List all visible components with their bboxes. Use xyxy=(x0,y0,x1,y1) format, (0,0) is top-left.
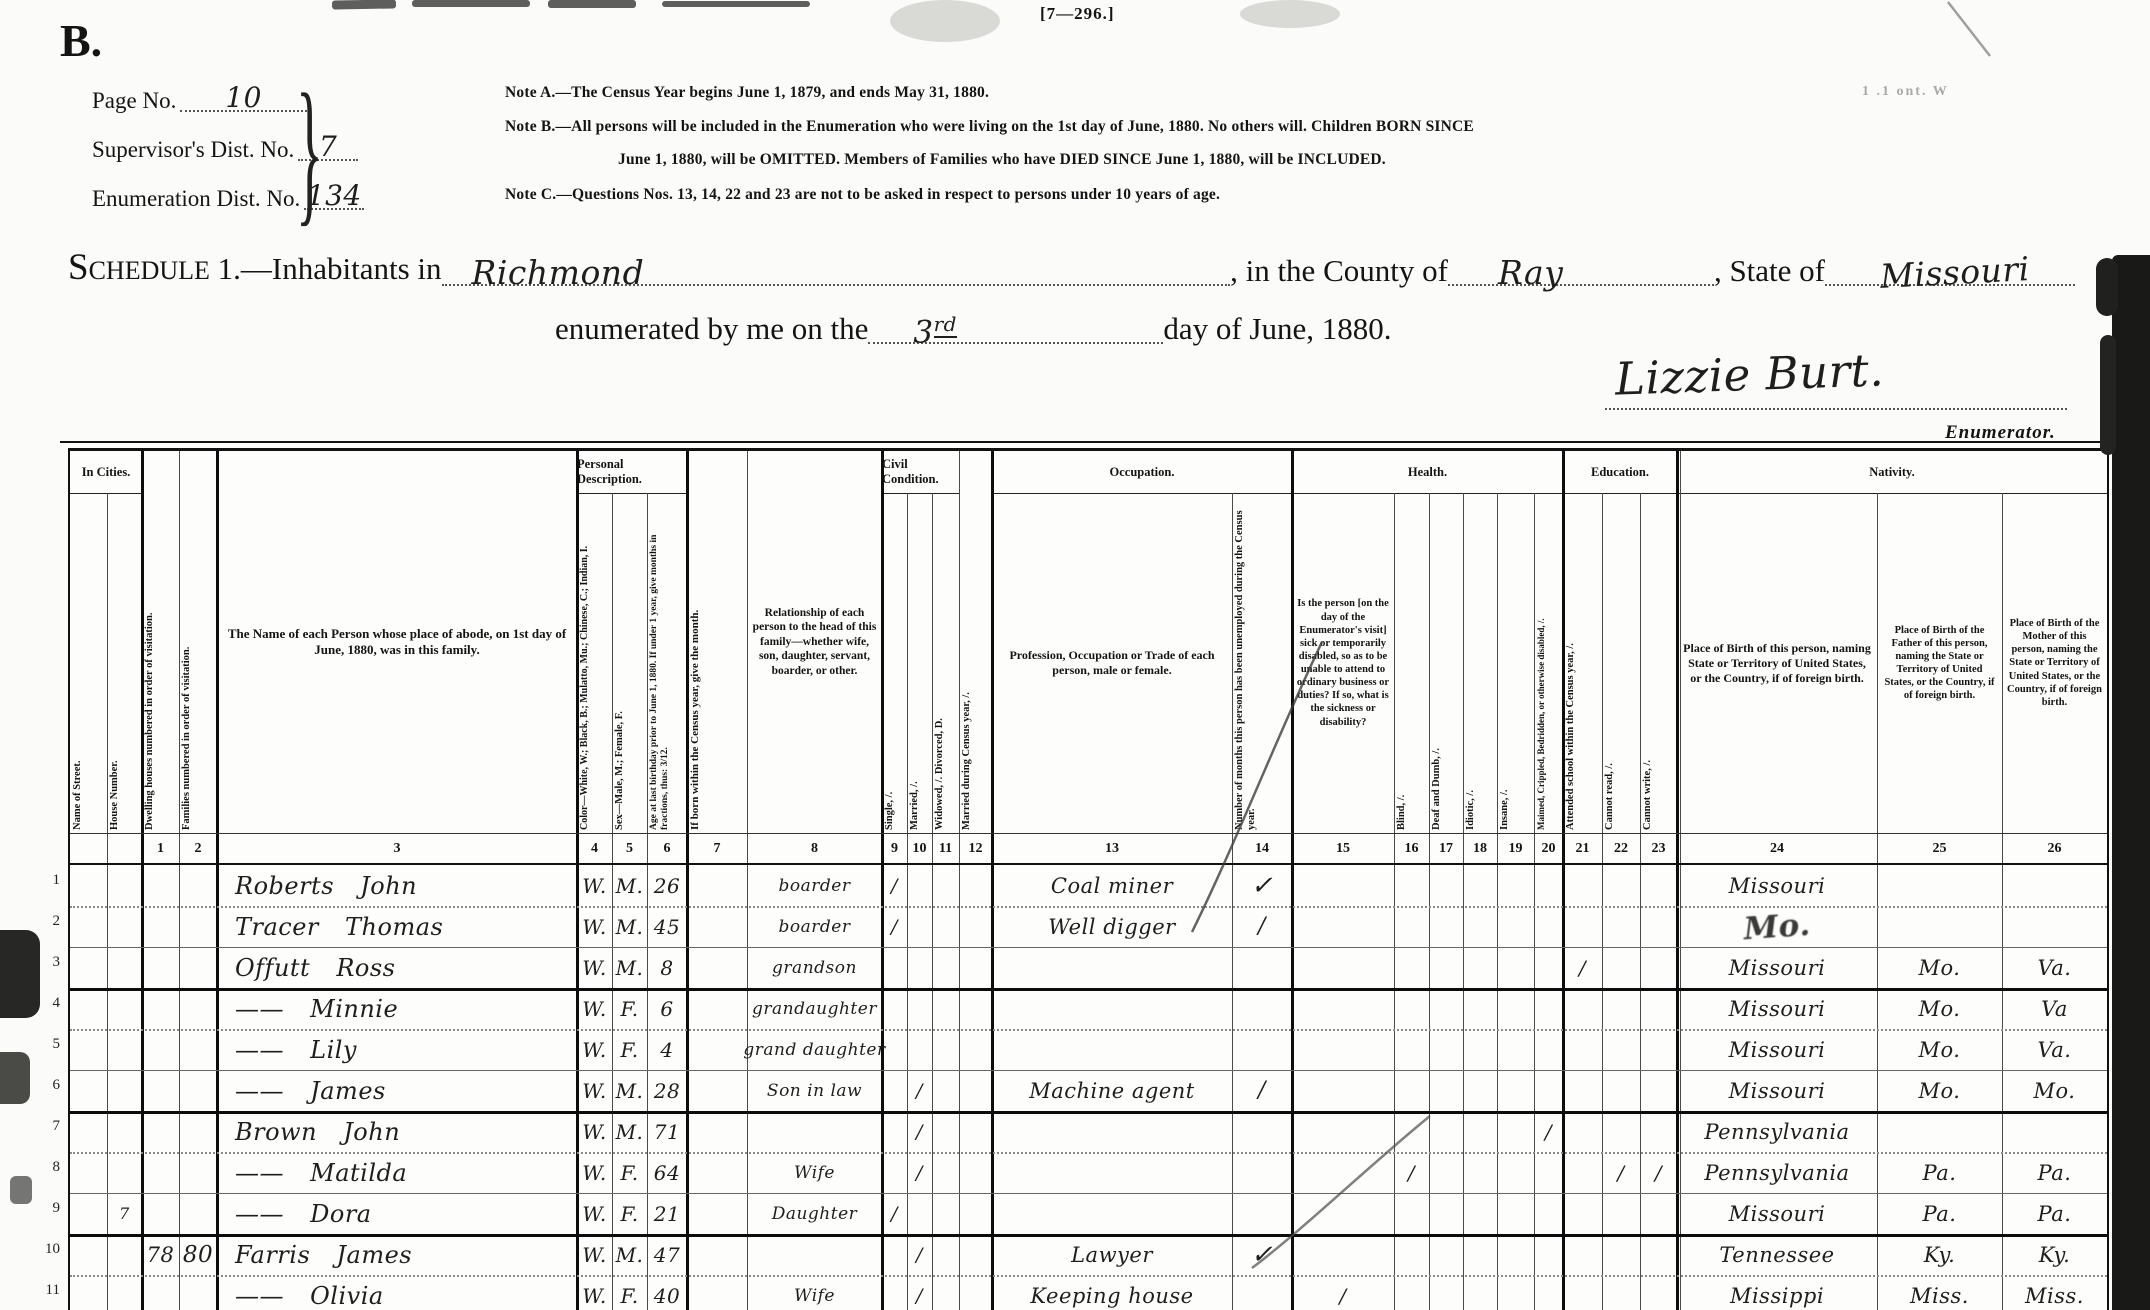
cell-row9-birth_mother: Pa. xyxy=(2002,1193,2107,1234)
cell-row11-birth_mother: Miss. xyxy=(2002,1275,2107,1310)
cell-row1-single: / xyxy=(882,865,907,906)
column-header-sick: Is the person [on the day of the Enumera… xyxy=(1292,493,1394,833)
column-number-birth_self: 24 xyxy=(1677,833,1877,865)
column-header-dwelling: Dwelling houses numbered in order of vis… xyxy=(142,451,179,833)
cell-row10-birth_father: Ky. xyxy=(1877,1234,2002,1275)
cell-row2-profession: Well digger xyxy=(992,906,1232,947)
cell-row10-name: Farris James xyxy=(217,1234,577,1275)
column-header-text: Dwelling houses numbered in order of vis… xyxy=(144,454,177,830)
cell-row8-sex: F. xyxy=(612,1152,647,1193)
cell-row5-birth_mother: Va. xyxy=(2002,1029,2107,1070)
cell-row8-married: / xyxy=(907,1152,932,1193)
column-number-street xyxy=(70,833,107,865)
cell-row1-birth_self: Missouri xyxy=(1677,865,1877,906)
group-header-civil: Civil Condition. xyxy=(882,451,959,494)
cell-row10-unemployed: ✓ xyxy=(1232,1234,1292,1275)
group-header-education: Education. xyxy=(1563,451,1677,494)
row-number: 1 xyxy=(26,872,60,889)
column-header-read: Cannot read, /. xyxy=(1602,493,1640,833)
row-number: 9 xyxy=(26,1200,60,1217)
column-header-family: Families numbered in order of visitation… xyxy=(179,451,217,833)
cell-row1-profession: Coal miner xyxy=(992,865,1232,906)
cell-row6-birth_mother: Mo. xyxy=(2002,1070,2107,1111)
cell-row1-unemployed: ✓ xyxy=(1232,865,1292,906)
cell-row9-sex: F. xyxy=(612,1193,647,1234)
cell-row2-age: 45 xyxy=(647,906,687,947)
column-number-unemployed: 14 xyxy=(1232,833,1292,865)
cell-row1-color: W. xyxy=(577,865,612,906)
cell-row6-married: / xyxy=(907,1070,932,1111)
column-header-text: Name of Street. xyxy=(72,496,105,830)
cell-row3-birth_father: Mo. xyxy=(1877,947,2002,988)
cell-row11-name: —— Olivia xyxy=(217,1275,577,1310)
cell-row6-profession: Machine agent xyxy=(992,1070,1232,1111)
cell-row7-age: 71 xyxy=(647,1111,687,1152)
cell-row5-age: 4 xyxy=(647,1029,687,1070)
scan-artifact xyxy=(10,1176,32,1204)
place-blank: Richmond xyxy=(442,240,1231,286)
column-header-text: Single, /. xyxy=(884,496,905,830)
column-number-read: 22 xyxy=(1602,833,1640,865)
column-header-text: Cannot read, /. xyxy=(1604,496,1638,830)
table-top-rule xyxy=(60,441,2107,443)
cell-row7-name: Brown John xyxy=(217,1111,577,1152)
column-header-text: Families numbered in order of visitation… xyxy=(181,454,215,830)
cell-row8-color: W. xyxy=(577,1152,612,1193)
cell-row4-birth_father: Mo. xyxy=(1877,988,2002,1029)
place-handwritten: Richmond xyxy=(472,253,645,292)
cell-row3-birth_self: Missouri xyxy=(1677,947,1877,988)
scan-artifact-smudge xyxy=(1240,0,1340,28)
column-header-sex: Sex—Male, M.; Female, F. xyxy=(612,493,647,833)
bleed-through-text: 1 .1 ont. W xyxy=(1862,84,1949,100)
cell-row8-write: / xyxy=(1640,1152,1677,1193)
cell-row2-sex: M. xyxy=(612,906,647,947)
cell-row5-birth_self: Missouri xyxy=(1677,1029,1877,1070)
enumerator-signature: Lizzie Burt. xyxy=(1614,343,1885,405)
column-number-sick: 15 xyxy=(1292,833,1394,865)
column-header-birth_father: Place of Birth of the Father of this per… xyxy=(1877,493,2002,833)
cell-row6-birth_father: Mo. xyxy=(1877,1070,2002,1111)
row-number: 11 xyxy=(26,1282,60,1299)
note-c: Note C.—Questions Nos. 13, 14, 22 and 23… xyxy=(505,186,1220,204)
column-number-insane: 19 xyxy=(1497,833,1534,865)
cell-row9-birth_self: Missouri xyxy=(1677,1193,1877,1234)
column-header-text: Married, /. xyxy=(909,496,930,830)
column-header-write: Cannot write, /. xyxy=(1640,493,1677,833)
state-handwritten: Missouri xyxy=(1879,249,2031,296)
schedule-title-line: Schedule 1.—Inhabitants in Richmond , in… xyxy=(68,240,2075,286)
day-handwritten: 3rd xyxy=(913,312,957,350)
cell-row7-maimed: / xyxy=(1534,1111,1563,1152)
group-header-cities: In Cities. xyxy=(70,451,142,494)
column-header-birth_mother: Place of Birth of the Mother of this per… xyxy=(2002,493,2107,833)
cell-row6-age: 28 xyxy=(647,1070,687,1111)
scan-artifact-top xyxy=(662,1,810,7)
cell-row4-sex: F. xyxy=(612,988,647,1029)
column-line xyxy=(1463,493,1464,1310)
column-number-married_cy: 12 xyxy=(959,833,992,865)
field-label: Enumeration Dist. No. xyxy=(92,187,300,210)
cell-row10-age: 47 xyxy=(647,1234,687,1275)
state-label: , State of xyxy=(1714,255,1825,286)
group-header-personal: Personal Description. xyxy=(577,451,687,494)
cell-row7-birth_self: Pennsylvania xyxy=(1677,1111,1877,1152)
note-b-line2: June 1, 1880, will be OMITTED. Members o… xyxy=(618,151,1386,169)
column-header-text: Color—White, W.; Black, B.; Mulatto, Mu.… xyxy=(579,496,610,830)
cell-row10-profession: Lawyer xyxy=(992,1234,1232,1275)
cell-row9-relation: Daughter xyxy=(747,1193,882,1234)
cell-row7-married: / xyxy=(907,1111,932,1152)
enumerated-prefix: enumerated by me on the xyxy=(555,313,868,344)
column-line xyxy=(1497,493,1498,1310)
cell-row8-read: / xyxy=(1602,1152,1640,1193)
cell-row9-house: 7 xyxy=(107,1193,142,1234)
column-header-text: Blind, /. xyxy=(1396,496,1427,830)
column-number-dwelling: 1 xyxy=(142,833,179,865)
row-number: 7 xyxy=(26,1118,60,1135)
cell-row4-name: —— Minnie xyxy=(217,988,577,1029)
cell-row9-single: / xyxy=(882,1193,907,1234)
column-header-insane: Insane, /. xyxy=(1497,493,1534,833)
cell-row3-sex: M. xyxy=(612,947,647,988)
cell-row9-color: W. xyxy=(577,1193,612,1234)
column-line xyxy=(107,493,108,1310)
row-number: 8 xyxy=(26,1159,60,1176)
field-label: Supervisor's Dist. No. xyxy=(92,138,294,161)
column-line xyxy=(1534,493,1535,1310)
cell-row5-relation: grand daughter xyxy=(747,1029,882,1070)
schedule-enumerated-line: enumerated by me on the 3rd day of June,… xyxy=(555,298,1655,344)
page-letter: B. xyxy=(60,14,102,67)
column-header-text: Deaf and Dumb, /. xyxy=(1431,496,1461,830)
cell-row6-relation: Son in law xyxy=(747,1070,882,1111)
cell-row11-age: 40 xyxy=(647,1275,687,1310)
county-blank: Ray xyxy=(1448,240,1714,286)
cell-row5-sex: F. xyxy=(612,1029,647,1070)
column-header-text: Idiotic, /. xyxy=(1465,496,1495,830)
note-a: Note A.—The Census Year begins June 1, 1… xyxy=(505,84,989,102)
cell-row2-relation: boarder xyxy=(747,906,882,947)
column-number-profession: 13 xyxy=(992,833,1232,865)
cell-row1-name: Roberts John xyxy=(217,865,577,906)
signature-line xyxy=(1605,408,2067,410)
column-header-name: The Name of each Person whose place of a… xyxy=(217,451,577,833)
county-label: , in the County of xyxy=(1230,255,1448,286)
column-header-widowed: Widowed, /. Divorced, D. xyxy=(932,493,959,833)
census-table: In Cities.Personal Description.Civil Con… xyxy=(68,448,2109,1310)
column-header-maimed: Maimed, Crippled, Bedridden, or otherwis… xyxy=(1534,493,1563,833)
cell-row7-sex: M. xyxy=(612,1111,647,1152)
column-header-single: Single, /. xyxy=(882,493,907,833)
column-number-house xyxy=(107,833,142,865)
cell-row5-birth_father: Mo. xyxy=(1877,1029,2002,1070)
column-number-write: 23 xyxy=(1640,833,1677,865)
form-number: [7—296.] xyxy=(1040,4,1115,24)
cell-row4-birth_mother: Va xyxy=(2002,988,2107,1029)
cell-row2-single: / xyxy=(882,906,907,947)
column-header-unemployed: Number of months this person has been un… xyxy=(1232,493,1292,833)
column-header-married: Married, /. xyxy=(907,493,932,833)
column-line xyxy=(141,451,144,1310)
note-b-line1: Note B.—All persons will be included in … xyxy=(505,118,1474,136)
cell-row1-relation: boarder xyxy=(747,865,882,906)
cell-row3-name: Offutt Ross xyxy=(217,947,577,988)
column-header-idiotic: Idiotic, /. xyxy=(1463,493,1497,833)
cell-row8-name: —— Matilda xyxy=(217,1152,577,1193)
column-header-text: Age at last birthday prior to June 1, 18… xyxy=(649,496,685,830)
column-number-widowed: 11 xyxy=(932,833,959,865)
column-number-blind: 16 xyxy=(1394,833,1429,865)
column-header-text: Widowed, /. Divorced, D. xyxy=(934,496,957,830)
cell-row11-sex: F. xyxy=(612,1275,647,1310)
column-number-idiotic: 18 xyxy=(1463,833,1497,865)
column-number-birth_mother: 26 xyxy=(2002,833,2107,865)
column-header-married_cy: Married during Census year, /. xyxy=(959,451,992,833)
column-number-name: 3 xyxy=(217,833,577,865)
cell-row11-married: / xyxy=(907,1275,932,1310)
fields-brace: } xyxy=(296,60,323,246)
cell-row3-color: W. xyxy=(577,947,612,988)
column-number-sex: 5 xyxy=(612,833,647,865)
column-header-street: Name of Street. xyxy=(70,493,107,833)
column-header-text: Insane, /. xyxy=(1499,496,1532,830)
cell-row10-birth_self: Tennessee xyxy=(1677,1234,1877,1275)
scan-artifact xyxy=(0,930,40,1018)
state-blank: Missouri xyxy=(1825,240,2075,286)
field-value-handwritten: 10 xyxy=(225,81,262,114)
cell-row8-birth_self: Pennsylvania xyxy=(1677,1152,1877,1193)
column-header-text: If born within the Census year, give the… xyxy=(689,454,745,830)
cell-row3-age: 8 xyxy=(647,947,687,988)
cell-row10-color: W. xyxy=(577,1234,612,1275)
cell-row2-name: Tracer Thomas xyxy=(217,906,577,947)
cell-row8-birth_mother: Pa. xyxy=(2002,1152,2107,1193)
cell-row4-age: 6 xyxy=(647,988,687,1029)
cell-row3-relation: grandson xyxy=(747,947,882,988)
column-header-text: Married during Census year, /. xyxy=(961,454,990,830)
scan-artifact xyxy=(2100,335,2116,455)
row-number: 5 xyxy=(26,1036,60,1053)
cell-row9-birth_father: Pa. xyxy=(1877,1193,2002,1234)
scan-artifact-smudge xyxy=(890,0,1000,42)
schedule-title: Schedule 1.—Inhabitants in xyxy=(68,249,442,286)
row-number: 2 xyxy=(26,913,60,930)
column-number-color: 4 xyxy=(577,833,612,865)
column-header-house: House Number. xyxy=(107,493,142,833)
field-blank: 10 xyxy=(180,80,307,112)
scan-artifact xyxy=(2096,258,2118,316)
cell-row8-birth_father: Pa. xyxy=(1877,1152,2002,1193)
column-number-birth_father: 25 xyxy=(1877,833,2002,865)
column-number-maimed: 20 xyxy=(1534,833,1563,865)
scan-artifact-top xyxy=(548,0,636,8)
cell-row10-sex: M. xyxy=(612,1234,647,1275)
cell-row10-dwelling: 78 xyxy=(142,1234,179,1275)
cell-row3-birth_mother: Va. xyxy=(2002,947,2107,988)
cell-row8-blind: / xyxy=(1394,1152,1429,1193)
group-header-occupation: Occupation. xyxy=(992,451,1292,494)
county-handwritten: Ray xyxy=(1498,253,1563,292)
cell-row11-profession: Keeping house xyxy=(992,1275,1232,1310)
scan-artifact-top xyxy=(332,0,396,10)
column-header-text: Attended school within the Census year, … xyxy=(1565,496,1600,830)
cell-row4-birth_self: Missouri xyxy=(1677,988,1877,1029)
cell-row6-unemployed: / xyxy=(1232,1070,1292,1111)
cell-row5-name: —— Lily xyxy=(217,1029,577,1070)
column-header-text: Sex—Male, M.; Female, F. xyxy=(614,496,645,830)
cell-row11-birth_father: Miss. xyxy=(1877,1275,2002,1310)
cell-row6-color: W. xyxy=(577,1070,612,1111)
column-header-relation: Relationship of each person to the head … xyxy=(747,451,882,833)
cell-row3-school: / xyxy=(1563,947,1602,988)
column-header-deaf: Deaf and Dumb, /. xyxy=(1429,493,1463,833)
field-label: Page No. xyxy=(92,89,176,112)
cell-row10-family: 80 xyxy=(179,1234,217,1275)
column-header-color: Color—White, W.; Black, B.; Mulatto, Mu.… xyxy=(577,493,612,833)
cell-row11-birth_self: Missippi xyxy=(1677,1275,1877,1310)
column-number-relation: 8 xyxy=(747,833,882,865)
cell-row1-age: 26 xyxy=(647,865,687,906)
cell-row10-married: / xyxy=(907,1234,932,1275)
cell-row6-sex: M. xyxy=(612,1070,647,1111)
group-header-nativity: Nativity. xyxy=(1677,451,2107,494)
column-line xyxy=(959,451,960,1310)
column-header-profession: Profession, Occupation or Trade of each … xyxy=(992,493,1232,833)
cell-row9-age: 21 xyxy=(647,1193,687,1234)
column-header-blind: Blind, /. xyxy=(1394,493,1429,833)
column-line xyxy=(1562,451,1565,1310)
cell-row4-color: W. xyxy=(577,988,612,1029)
cell-row11-color: W. xyxy=(577,1275,612,1310)
cell-row11-relation: Wife xyxy=(747,1275,882,1310)
column-number-single: 9 xyxy=(882,833,907,865)
row-number: 6 xyxy=(26,1077,60,1094)
day-blank: 3rd xyxy=(868,298,1163,344)
field-enumeration-dist: Enumeration Dist. No. 134 xyxy=(92,178,307,210)
cell-row8-age: 64 xyxy=(647,1152,687,1193)
cell-row5-color: W. xyxy=(577,1029,612,1070)
field-supervisor-dist: Supervisor's Dist. No. 7 xyxy=(92,129,307,161)
header-bottom-rule xyxy=(70,833,2107,834)
stray-ink-stroke xyxy=(1948,2,1990,56)
cell-row10-birth_mother: Ky. xyxy=(2002,1234,2107,1275)
enumerated-suffix: day of June, 1880. xyxy=(1163,313,1391,344)
cell-row4-relation: grandaughter xyxy=(747,988,882,1029)
column-header-text: Cannot write, /. xyxy=(1642,496,1675,830)
cell-row6-birth_self: Missouri xyxy=(1677,1070,1877,1111)
row-number: 10 xyxy=(26,1241,60,1258)
column-number-age: 6 xyxy=(647,833,687,865)
group-header-health: Health. xyxy=(1292,451,1563,494)
census-page: [7—296.] B. Page No. 10 Supervisor's Dis… xyxy=(0,0,2150,1310)
district-fields: Page No. 10 Supervisor's Dist. No. 7 Enu… xyxy=(92,80,307,227)
column-number-deaf: 17 xyxy=(1429,833,1463,865)
column-number-school: 21 xyxy=(1563,833,1602,865)
column-header-age: Age at last birthday prior to June 1, 18… xyxy=(647,493,687,833)
column-number-married: 10 xyxy=(907,833,932,865)
cell-row8-relation: Wife xyxy=(747,1152,882,1193)
scan-edge-strip xyxy=(2112,255,2150,1310)
column-header-school: Attended school within the Census year, … xyxy=(1563,493,1602,833)
cell-row9-name: —— Dora xyxy=(217,1193,577,1234)
column-line xyxy=(179,451,180,1310)
column-header-born_month: If born within the Census year, give the… xyxy=(687,451,747,833)
column-header-text: Maimed, Crippled, Bedridden, or otherwis… xyxy=(1536,496,1561,830)
cell-row7-color: W. xyxy=(577,1111,612,1152)
column-number-born_month: 7 xyxy=(687,833,747,865)
cell-row2-unemployed: / xyxy=(1232,906,1292,947)
column-number-family: 2 xyxy=(179,833,217,865)
cell-row6-name: —— James xyxy=(217,1070,577,1111)
scan-artifact xyxy=(0,1052,30,1104)
field-page-no: Page No. 10 xyxy=(92,80,307,112)
column-header-text: House Number. xyxy=(109,496,140,830)
cell-row2-color: W. xyxy=(577,906,612,947)
scan-artifact-top xyxy=(412,0,530,7)
column-header-birth_self: Place of Birth of this person, naming St… xyxy=(1677,493,1877,833)
column-header-text: Number of months this person has been un… xyxy=(1234,496,1290,830)
cell-row1-sex: M. xyxy=(612,865,647,906)
cell-row11-sick: / xyxy=(1292,1275,1394,1310)
